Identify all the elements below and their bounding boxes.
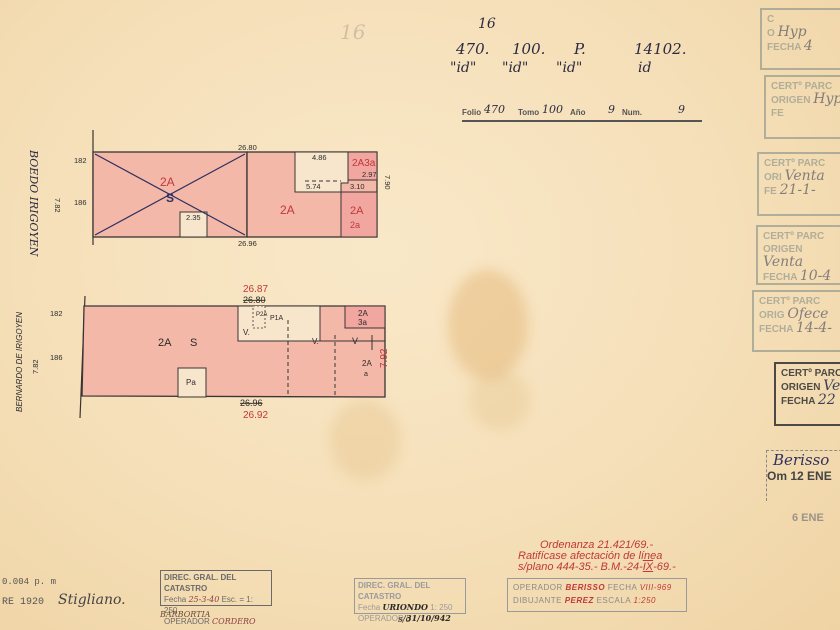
svg-text:3a: 3a [358, 318, 367, 327]
svg-text:26.87: 26.87 [243, 284, 268, 295]
svg-text:2A: 2A [362, 359, 372, 368]
svg-text:7.82: 7.82 [31, 359, 40, 374]
typed-folio: 470 [484, 103, 505, 116]
svg-text:V.: V. [312, 337, 319, 346]
registry-number: 14102. [634, 40, 687, 58]
id-mark: id [638, 60, 651, 76]
footer-scale: 0.004 p. m [2, 577, 56, 587]
date-stamp: Berisso Om 12 ENE [766, 450, 840, 501]
cert-stamp-3: CERTº PARC ORI Venta FE 21-1- [757, 152, 840, 216]
footer-signature: Stigliano. [58, 592, 126, 608]
typed-num: 9 [678, 103, 685, 116]
cert-stamp-5: CERTº PARC ORIG Ofece FECHA 14-4- [752, 290, 840, 352]
cert-stamp-2: CERTº PARC ORIGEN Hyp FE [764, 75, 840, 139]
registry-tomo: 100. [512, 40, 545, 58]
cert-stamp-4: CERTº PARC ORIGEN Venta FECHA 10-4 [756, 225, 840, 285]
sheet-number: 16 [478, 16, 496, 32]
registry-p: P. [574, 40, 586, 58]
id-mark: "id" [502, 60, 528, 76]
cert-stamp-1: C O Hyp FECHA 4 [760, 8, 840, 70]
date-stamp-faint: 6 ENE [792, 512, 824, 524]
svg-text:V.: V. [243, 328, 250, 337]
operator-stamp: OPERADOR BERISSO FECHA VIII-969 DIBUJANT… [507, 578, 687, 612]
registry-folio: 470. [456, 40, 489, 58]
svg-text:2A: 2A [358, 309, 368, 318]
svg-text:26.80: 26.80 [243, 295, 266, 305]
water-stain [448, 270, 528, 380]
catastro-stamp-1: DIREC. GRAL. DEL CATASTRO Fecha 25-3-40 … [160, 570, 272, 606]
svg-text:S: S [190, 337, 197, 349]
svg-text:186: 186 [50, 353, 63, 362]
svg-text:P1A: P1A [270, 315, 284, 322]
water-stain [470, 370, 530, 430]
svg-text:7.92: 7.92 [379, 348, 390, 368]
catastro-stamp-2: DIREC. GRAL. DEL CATASTRO Fecha URIONDO … [354, 578, 466, 614]
svg-text:a: a [364, 371, 368, 378]
svg-text:V: V [352, 336, 358, 346]
catastro-note-1: BARBORTIA [160, 610, 210, 619]
plan-bottom: 2A S Pa P1A P2A 2A 3a V. V. V 2A a 26.87… [0, 0, 460, 440]
id-mark: "id" [556, 60, 582, 76]
svg-text:182: 182 [50, 309, 63, 318]
catastro-note-2: s/c [398, 615, 411, 625]
typed-ano: 9 [608, 103, 615, 116]
svg-text:BERNARDO DE IRIGOYEN: BERNARDO DE IRIGOYEN [15, 312, 24, 412]
cert-stamp-6: CERTº PARC ORIGEN Ve FECHA 22 [774, 362, 840, 426]
svg-text:P2A: P2A [256, 312, 267, 318]
ordinance-note: Ordenanza 21.421/69.- Ratifícase afectac… [518, 540, 676, 573]
footer-year: RE 1920 [2, 597, 44, 608]
svg-text:26.92: 26.92 [243, 410, 268, 421]
svg-text:Pa: Pa [186, 378, 196, 387]
typed-tomo: 100 [542, 103, 563, 116]
svg-text:2A: 2A [158, 337, 172, 349]
typed-registry-line: Folio 470 Tomo 100 Año 9 Num. 9 [462, 106, 702, 122]
svg-text:26.96: 26.96 [240, 398, 263, 408]
